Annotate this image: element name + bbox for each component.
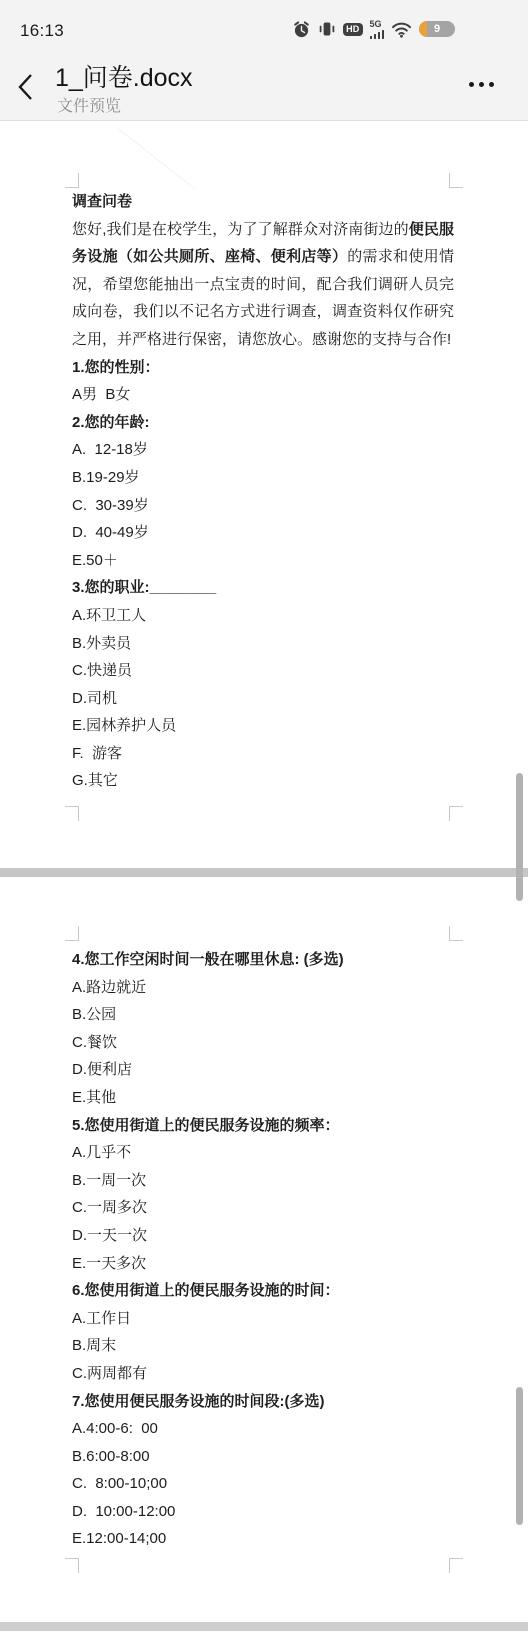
question-1: 1.您的性别：	[72, 354, 454, 382]
option: C.餐饮	[72, 1029, 454, 1057]
option: E.园林养护人员	[72, 712, 454, 740]
page1-margin-mark-bottom-left	[65, 806, 79, 821]
alarm-icon	[292, 20, 311, 39]
option: E.一天多次	[72, 1250, 454, 1278]
intro-line: 之用，并严格进行保密，请您放心。感谢您的支持与合作!	[72, 326, 454, 354]
option: A.4:00-6: 00	[72, 1415, 454, 1443]
option: D.司机	[72, 685, 454, 713]
option: A.路边就近	[72, 974, 454, 1002]
page2-margin-mark-top-left	[65, 926, 79, 941]
back-button[interactable]	[13, 72, 39, 102]
hd-icon: HD	[343, 23, 362, 36]
intro-line: 您好,我们是在校学生，为了了解群众对济南街边的便民服	[72, 216, 454, 244]
page1-text: 调查问卷 您好,我们是在校学生，为了了解群众对济南街边的便民服 务设施（如公共厕…	[72, 188, 454, 795]
page2-margin-mark-top-right	[449, 926, 463, 941]
option: A. 12-18岁	[72, 436, 454, 464]
option: C. 30-39岁	[72, 492, 454, 520]
question-4: 4.您工作空闲时间一般在哪里休息: (多选)	[72, 946, 454, 974]
question-5: 5.您使用街道上的便民服务设施的频率：	[72, 1112, 454, 1140]
question-3: 3.您的职业:________	[72, 574, 454, 602]
vibrate-icon	[318, 20, 336, 38]
page2-text: 4.您工作空闲时间一般在哪里休息: (多选) A.路边就近 B.公园 C.餐饮 …	[72, 946, 454, 1553]
option: C.一周多次	[72, 1194, 454, 1222]
intro-line: 成向卷，我们以不记名方式进行调查，调查资料仅作研究	[72, 298, 454, 326]
option: A.环卫工人	[72, 602, 454, 630]
intro-line: 务设施（如公共厕所、座椅、便利店等）的需求和使用情	[72, 243, 454, 271]
option: E.其他	[72, 1084, 454, 1112]
wifi-icon	[391, 21, 412, 38]
battery-percent: 9	[419, 22, 455, 36]
page-separator	[0, 1622, 528, 1631]
scrollbar-thumb[interactable]	[516, 1387, 523, 1525]
phone-screen: 16:13 HD 5G	[0, 0, 528, 1649]
option: C.快递员	[72, 657, 454, 685]
option: F. 游客	[72, 740, 454, 768]
page1-margin-mark-top-right	[449, 173, 463, 188]
dot-icon	[479, 82, 484, 87]
battery-icon: 9	[419, 21, 455, 37]
option: E.12:00-14;00	[72, 1525, 454, 1553]
option: C.两周都有	[72, 1360, 454, 1388]
page-subtitle: 文件预览	[57, 93, 121, 116]
page1-margin-mark-top-left	[65, 173, 79, 188]
option: B.一周一次	[72, 1167, 454, 1195]
doc-heading: 调查问卷	[72, 188, 454, 216]
page-title: 1_问卷.docx	[55, 58, 193, 94]
status-time: 16:13	[20, 21, 64, 41]
more-menu-button[interactable]	[460, 72, 502, 96]
option: B.公园	[72, 1001, 454, 1029]
option: B.周末	[72, 1332, 454, 1360]
scrollbar-thumb[interactable]	[516, 773, 523, 901]
question-2: 2.您的年龄:	[72, 409, 454, 437]
watermark-line	[117, 128, 195, 189]
option: E.50＋	[72, 547, 454, 575]
page2-margin-mark-bottom-left	[65, 1558, 79, 1573]
option: D. 10:00-12:00	[72, 1498, 454, 1526]
option: A.工作日	[72, 1305, 454, 1333]
option: D.一天一次	[72, 1222, 454, 1250]
option: C. 8:00-10;00	[72, 1470, 454, 1498]
page1-margin-mark-bottom-right	[449, 806, 463, 821]
page-separator	[0, 868, 528, 877]
status-icons: HD 5G 9	[292, 19, 455, 39]
page2-margin-mark-bottom-right	[449, 1558, 463, 1573]
option: B.19-29岁	[72, 464, 454, 492]
dot-icon	[469, 82, 474, 87]
option: D.便利店	[72, 1056, 454, 1084]
app-header: 16:13 HD 5G	[0, 0, 528, 121]
option: B.6:00-8:00	[72, 1443, 454, 1471]
intro-line: 况，希望您能抽出一点宝责的时间，配合我们调研人员完	[72, 271, 454, 299]
signal-5g-icon: 5G	[370, 20, 385, 39]
question-6: 6.您使用街道上的便民服务设施的时间：	[72, 1277, 454, 1305]
question-7: 7.您使用便民服务设施的时间段:(多选)	[72, 1388, 454, 1416]
option: G.其它	[72, 767, 454, 795]
option: B.外卖员	[72, 630, 454, 658]
option: D. 40-49岁	[72, 519, 454, 547]
question-1-options: A男 B女	[72, 381, 454, 409]
option: A.几乎不	[72, 1139, 454, 1167]
dot-icon	[489, 82, 494, 87]
